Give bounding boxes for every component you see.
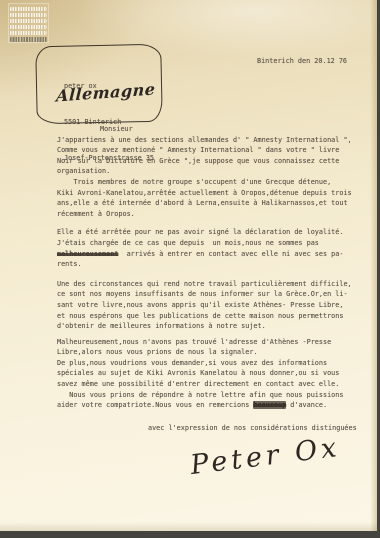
typed-line: Elle a été arrêtée pour ne pas avoir sig… [57,227,365,238]
typed-text: aider votre compatriote.Nous vous en rem… [57,401,253,409]
typed-line: Trois membres de notre groupe s'occupent… [57,177,365,188]
typed-line: J'appartiens à une des sections allemand… [57,135,365,146]
paragraph-6: Nous vous prions de répondre à notre let… [57,390,365,411]
typed-line: Une des circonstances qui rend notre tra… [57,279,365,290]
typed-line: Noir sur la Dictature en Grèce ",je supp… [57,156,365,167]
typed-line: d'obtenir de meilleures informations à n… [57,321,365,332]
paragraph-5: Malheureusement,nous n'avons pas trouvé … [57,337,365,390]
typed-line: savez même une possibilité d'entrer dire… [57,379,365,390]
typed-text: arrivés à entrer en contact avec elle ni… [118,250,343,258]
typed-line: récemment à Oropos. [57,209,365,220]
typed-line: ce sont nos moyens insuffisants de nous … [57,289,365,300]
typed-line: malheureusement arrivés à entrer en cont… [57,249,365,260]
blacked-out-word: beaucoup [253,401,286,409]
closing-formula: avec l'expression de nos considérations … [57,423,365,434]
typed-line: sant votre livre,nous avons appris qu'il… [57,300,365,311]
letter-body: Monsieur J'appartiens à une des sections… [57,124,365,433]
typed-line: organisation. [57,166,365,177]
letter-date: Binterich den 20.12 76 [257,57,347,65]
paragraph-1: J'appartiens à une des sections allemand… [57,135,365,177]
typed-line: J'étais chargée de ce cas que depuis un … [57,238,365,249]
letter-paper: peter ox 5501 Binterich Josef-Portenstra… [0,0,377,531]
typed-line: Malheureusement,nous n'avons pas trouvé … [57,337,365,348]
paragraph-3: Elle a été arrêtée pour ne pas avoir sig… [57,227,365,269]
typed-line: De plus,nous voudrions vous demander,si … [57,358,365,369]
strikethrough-word: malheureusement [57,250,118,258]
typed-line: Libre,alors nous vous prions de nous la … [57,347,365,358]
paragraph-2: Trois membres de notre groupe s'occupent… [57,177,365,219]
salutation: Monsieur [57,124,365,135]
typed-line: et nous espérons que les publications de… [57,311,365,322]
typed-line: Comme vous avez mentioné " Amnesty Inter… [57,145,365,156]
signature: Peter Ox [189,432,342,481]
paragraph-4: Une des circonstances qui rend notre tra… [57,279,365,332]
typed-line: rents. [57,259,365,270]
typed-line: Kiki Avroni-Kanelatou,arrêtée actuelleme… [57,188,365,199]
typed-line: ans,elle a été internée d'abord à Lerna,… [57,198,365,209]
typed-line: Nous vous prions de répondre à notre let… [57,390,365,401]
typed-text: d'avance. [286,401,327,409]
typed-line: aider votre compatriote.Nous vous en rem… [57,400,365,411]
archive-stamp-icon [8,3,49,43]
typed-line: spéciales au sujet de Kiki Avronis Kanel… [57,368,365,379]
